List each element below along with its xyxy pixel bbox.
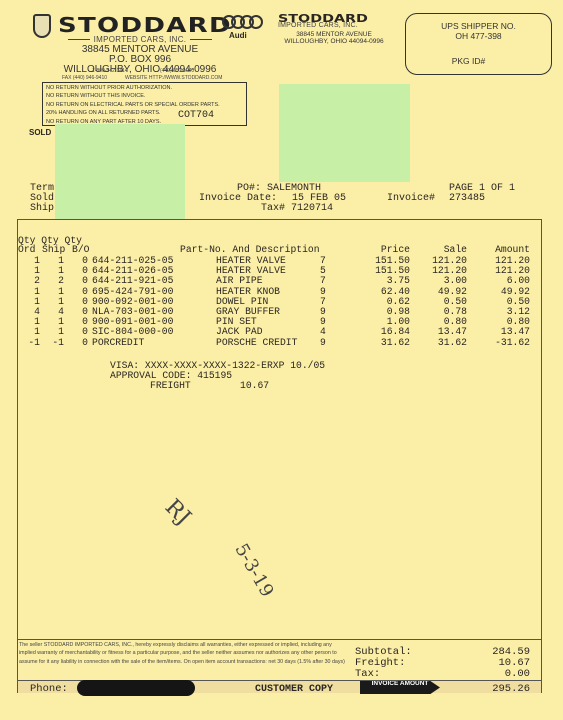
- policy-line: NO RETURN WITHOUT THIS INVOICE.: [46, 92, 243, 100]
- col-part-description: Part-No. And Description: [180, 245, 320, 255]
- invoice-amount-value: 295.26: [470, 683, 530, 695]
- ship-to-label: Ship: [30, 204, 54, 214]
- company-logo: STODDARD: [58, 13, 232, 37]
- cell-desc: PORSCHE CREDIT: [216, 338, 316, 348]
- secondary-subtitle: IMPORTED CARS, INC.: [278, 22, 358, 29]
- audi-label: Audi: [229, 31, 247, 40]
- freight-value: 10.67: [240, 381, 269, 391]
- phone-2: (440) 951-1040: [160, 68, 194, 74]
- cell-ship: -1: [42, 338, 64, 348]
- porsche-crest-icon: [33, 14, 51, 38]
- phone-1: 1-800-342-1414: [92, 68, 128, 74]
- col-ord: Ord: [18, 245, 35, 255]
- cell-price: 31.62: [360, 338, 410, 348]
- warranty-disclaimer: The seller STODDARD IMPORTED CARS, INC.,…: [19, 641, 349, 666]
- secondary-address-2: WILLOUGHBY, OHIO 44094-0996: [278, 38, 390, 45]
- cell-sale: 31.62: [420, 338, 467, 348]
- footer-divider: [17, 639, 542, 640]
- cell-code: 9: [320, 338, 330, 348]
- phone-label: Phone:: [30, 683, 68, 695]
- cell-amount: -31.62: [475, 338, 530, 348]
- col-amount: Amount: [475, 245, 530, 255]
- policy-line: NO RETURN WITHOUT PRIOR AUTHORIZATION.: [46, 84, 243, 92]
- cell-ord: -1: [18, 338, 40, 348]
- return-policy-box: NO RETURN WITHOUT PRIOR AUTHORIZATION. N…: [42, 82, 247, 126]
- fax: FAX (440) 946-9410: [62, 75, 107, 81]
- freight-label: FREIGHT: [150, 381, 191, 391]
- col-ship: Ship: [42, 245, 65, 255]
- tax-label: Tax:: [355, 668, 380, 680]
- sticky-note-redaction: [279, 84, 410, 182]
- tax-number: Tax# 7120714: [261, 204, 333, 214]
- invoice-amount-label: INVOICE AMOUNT: [360, 681, 440, 694]
- sold-label: SOLD: [29, 128, 51, 137]
- document-code: COT704: [178, 110, 214, 121]
- secondary-address-1: 38845 MENTOR AVENUE: [278, 31, 390, 38]
- tax-value: 0.00: [470, 668, 530, 680]
- ups-shipper-label: UPS SHIPPER NO.: [405, 21, 552, 31]
- policy-line: NO RETURN ON ELECTRICAL PARTS OR SPECIAL…: [46, 101, 243, 109]
- customer-copy-label: CUSTOMER COPY: [255, 684, 333, 695]
- col-bo: B/O: [72, 245, 89, 255]
- pkg-id-label: PKG ID#: [395, 56, 542, 66]
- ups-shipper-number: OH 477-398: [405, 31, 552, 41]
- address-line-3: WILLOUGHBY, OHIO 44094-0996: [40, 64, 240, 75]
- sticky-note-redaction: [55, 124, 185, 220]
- phone-redaction: [77, 680, 195, 696]
- website: WEBSITE HTTP://WWW.STODDARD.COM: [125, 75, 222, 81]
- cell-part: PORCREDIT: [92, 338, 202, 348]
- invoice-number: 273485: [449, 194, 485, 204]
- col-sale: Sale: [420, 245, 467, 255]
- company-subtitle: IMPORTED CARS, INC.: [60, 35, 220, 44]
- cell-bo: 0: [66, 338, 88, 348]
- col-price: Price: [360, 245, 410, 255]
- invoice-number-label: Invoice#: [387, 194, 435, 204]
